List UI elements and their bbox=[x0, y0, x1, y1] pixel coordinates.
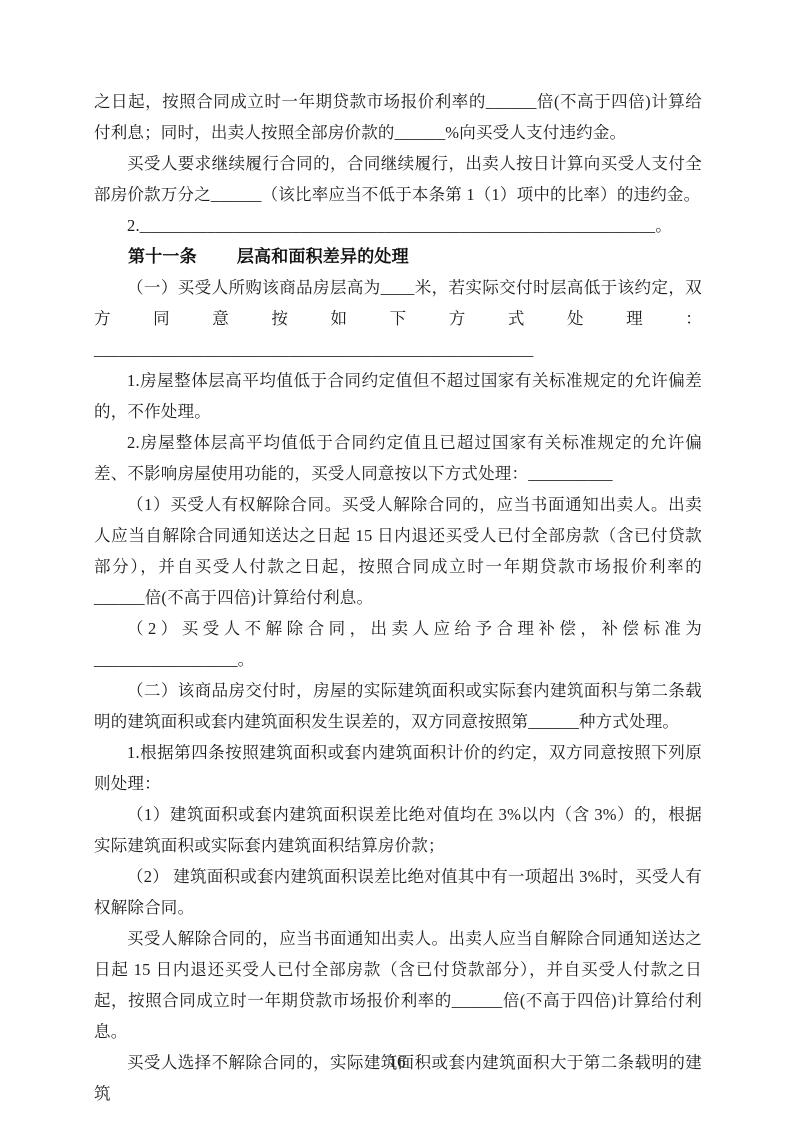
contract-paragraph: （2）买受人不解除合同，出卖人应给予合理补偿，补偿标准为____________… bbox=[94, 613, 702, 675]
contract-paragraph: （一）买受人所购该商品房层高为____米，若实际交付时层高低于该约定，双方同意按… bbox=[94, 272, 702, 365]
contract-paragraph: （二）该商品房交付时，房屋的实际建筑面积或实际套内建筑面积与第二条载明的建筑面积… bbox=[94, 675, 702, 737]
contract-paragraph: 1.房屋整体层高平均值低于合同约定值但不超过国家有关标准规定的允许偏差的，不作处… bbox=[94, 365, 702, 427]
contract-paragraph: 买受人解除合同的，应当书面通知出卖人。出卖人应当自解除合同通知送达之日起 15 … bbox=[94, 923, 702, 1047]
article-title: 层高和面积差异的处理 bbox=[237, 247, 409, 266]
page-number: 16 bbox=[0, 1048, 794, 1076]
blank-fill-line: 2.______________________________________… bbox=[94, 210, 702, 241]
document-page: 之日起，按照合同成立时一年期贷款市场报价利率的______倍(不高于四倍)计算给… bbox=[0, 0, 794, 1122]
article-heading: 第十一条层高和面积差异的处理 bbox=[94, 241, 702, 272]
contract-body: 之日起，按照合同成立时一年期贷款市场报价利率的______倍(不高于四倍)计算给… bbox=[94, 86, 702, 1109]
article-number: 第十一条 bbox=[128, 247, 197, 266]
contract-paragraph: 2.房屋整体层高平均值低于合同约定值且已超过国家有关标准规定的允许偏差、不影响房… bbox=[94, 427, 702, 489]
contract-paragraph: （1）建筑面积或套内建筑面积误差比绝对值均在 3%以内（含 3%）的，根据实际建… bbox=[94, 799, 702, 861]
contract-paragraph: （1）买受人有权解除合同。买受人解除合同的，应当书面通知出卖人。出卖人应当自解除… bbox=[94, 489, 702, 613]
contract-paragraph: 1.根据第四条按照建筑面积或套内建筑面积计价的约定，双方同意按照下列原则处理： bbox=[94, 737, 702, 799]
contract-paragraph: 之日起，按照合同成立时一年期贷款市场报价利率的______倍(不高于四倍)计算给… bbox=[94, 86, 702, 148]
contract-paragraph: 买受人要求继续履行合同的，合同继续履行，出卖人按日计算向买受人支付全部房价款万分… bbox=[94, 148, 702, 210]
contract-paragraph: （2） 建筑面积或套内建筑面积误差比绝对值其中有一项超出 3%时，买受人有权解除… bbox=[94, 861, 702, 923]
